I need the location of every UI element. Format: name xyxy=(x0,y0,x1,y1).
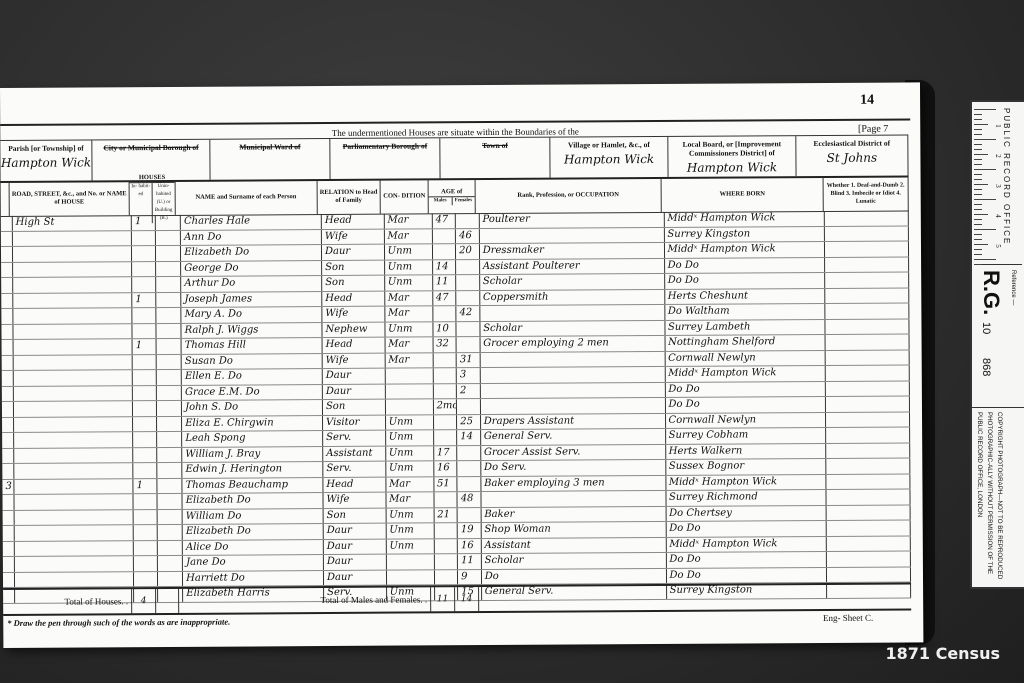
ruler-tick xyxy=(974,154,988,155)
inhabited-cell xyxy=(134,556,158,571)
occupation-cell: Coppersmith xyxy=(480,289,665,305)
totals-row: Total of Houses. . 4 Total of Males and … xyxy=(3,582,911,616)
name-cell: William J. Bray xyxy=(182,447,323,462)
road-cell xyxy=(14,494,133,509)
road-cell xyxy=(13,339,132,354)
relation-cell: Daur xyxy=(324,524,387,539)
road-cell xyxy=(15,572,134,587)
infirmity-cell xyxy=(826,365,910,380)
infirmity-cell xyxy=(825,226,909,241)
male-age-cell xyxy=(433,384,457,399)
schedule-cell xyxy=(1,324,13,339)
name-cell: Elizabeth Do xyxy=(183,524,324,539)
male-age-cell: 11 xyxy=(433,275,457,290)
census-sheet: 14 The undermentioned Houses are situate… xyxy=(0,82,923,648)
female-age-cell xyxy=(458,477,482,492)
uninhabited-cell xyxy=(156,261,182,276)
inhabited-cell: 1 xyxy=(134,479,158,494)
where-born-cell: Middˣ Hampton Wick xyxy=(666,474,826,489)
area-label: City or Municipal Borough of xyxy=(93,140,210,153)
area-2: Municipal Ward of xyxy=(210,139,330,180)
area-4: Town of xyxy=(440,138,550,179)
schedule-cell xyxy=(2,371,14,386)
name-cell: Charles Hale xyxy=(181,214,322,229)
female-age-cell: 46 xyxy=(456,229,480,244)
schedule-cell xyxy=(1,247,13,262)
infirmity-cell xyxy=(827,567,911,582)
name-cell: Thomas Hill xyxy=(182,338,323,353)
occupation-cell: General Serv. xyxy=(481,429,666,445)
uninhabited-cell xyxy=(157,525,183,540)
uninhabited-cell xyxy=(156,230,182,245)
uninhabited-cell xyxy=(155,215,181,230)
condition-cell: Unm xyxy=(386,430,434,445)
male-age-cell xyxy=(433,368,457,383)
infirmity-cell xyxy=(826,458,910,473)
relation-cell: Wife xyxy=(323,353,386,368)
ruler-tick xyxy=(974,144,982,145)
condition-cell: Unm xyxy=(385,322,433,337)
where-born-cell: Do Waltham xyxy=(665,304,825,319)
relation-cell: Nephew xyxy=(322,322,385,337)
relation-cell: Head xyxy=(322,291,385,306)
inhabited-cell xyxy=(133,355,157,370)
relation-cell: Son xyxy=(323,400,386,415)
schedule-cell xyxy=(1,216,13,231)
female-age-cell xyxy=(456,291,480,306)
relation-cell: Wife xyxy=(322,307,385,322)
ruler-mark: 5 xyxy=(994,244,1002,248)
infirmity-cell xyxy=(826,489,910,504)
card-divider xyxy=(972,407,1024,408)
ruler-tick xyxy=(974,189,982,190)
area-value xyxy=(211,154,330,155)
area-value xyxy=(441,153,550,154)
reference-label: Reference — xyxy=(1010,270,1016,305)
ruler-tick xyxy=(974,119,982,120)
name-cell: Arthur Do xyxy=(181,276,322,291)
area-value: Hampton Wick xyxy=(551,152,668,167)
road-cell xyxy=(14,386,133,401)
uninhabited-cell xyxy=(157,463,183,478)
ruler-tick xyxy=(974,239,982,240)
uninhabited-cell xyxy=(158,571,184,586)
name-cell: Mary A. Do xyxy=(182,307,323,322)
female-age-cell: 2 xyxy=(457,384,481,399)
where-born-cell: Nottingham Shelford xyxy=(665,335,825,350)
header-condition: CON- DITION xyxy=(381,179,430,213)
occupation-cell: Poulterer xyxy=(479,212,664,228)
ruler-tick xyxy=(974,259,996,260)
header-name: NAME and Surname of each Person xyxy=(175,180,317,215)
schedule-cell xyxy=(1,309,13,324)
inhabited-cell xyxy=(133,324,157,339)
area-label: Municipal Ward of xyxy=(210,139,329,152)
condition-cell xyxy=(387,570,435,585)
road-cell xyxy=(13,246,132,261)
boundary-areas: Parish [or Township] ofHampton WickCity … xyxy=(0,134,908,183)
area-value: Hampton Wick xyxy=(669,160,796,175)
road-cell xyxy=(13,277,132,292)
female-age-cell xyxy=(456,275,480,290)
ruler-tick xyxy=(974,214,988,215)
where-born-cell: Do Do xyxy=(665,397,825,412)
occupation-cell: Dressmaker xyxy=(480,243,665,259)
infirmity-cell xyxy=(825,334,909,349)
female-age-cell xyxy=(457,322,481,337)
male-age-cell xyxy=(434,523,458,538)
female-age-cell: 31 xyxy=(457,353,481,368)
ruler-tick xyxy=(974,164,982,165)
male-age-cell: 21 xyxy=(434,508,458,523)
schedule-cell xyxy=(3,510,15,525)
infirmity-cell xyxy=(825,210,909,225)
inhabited-cell xyxy=(134,525,158,540)
condition-cell xyxy=(386,399,434,414)
male-age-cell xyxy=(434,430,458,445)
schedule-cell xyxy=(2,340,14,355)
area-label: Local Board, or [Improvement Commissione… xyxy=(668,136,795,158)
relation-cell: Head xyxy=(323,338,386,353)
area-3: Parliamentary Borough of xyxy=(330,138,440,179)
ruler-tick xyxy=(974,244,988,245)
relation-cell: Assistant xyxy=(323,446,386,461)
ruler-tick xyxy=(974,179,982,180)
occupation-cell xyxy=(481,382,666,398)
uninhabited-cell xyxy=(156,246,182,261)
occupation-cell: Scholar xyxy=(482,553,667,569)
relation-cell: Son xyxy=(322,276,385,291)
ruler-tick xyxy=(974,219,982,220)
ruler-mark: 1 xyxy=(994,124,1002,128)
record-office-card: 12345 PUBLIC RECORD OFFICE Reference — R… xyxy=(970,100,1024,589)
area-0: Parish [or Township] ofHampton Wick xyxy=(0,140,92,181)
female-age-cell: 20 xyxy=(456,244,480,259)
infirmity-cell xyxy=(827,551,911,566)
relation-cell: Son xyxy=(322,260,385,275)
schedule-cell xyxy=(1,231,13,246)
uninhabited-cell xyxy=(156,354,182,369)
handwritten-page-number: 14 xyxy=(860,93,874,109)
female-age-cell xyxy=(456,260,480,275)
inhabited-cell xyxy=(133,448,157,463)
form-id: Eng- Sheet C. xyxy=(823,613,873,623)
area-value xyxy=(330,153,439,154)
ruler-tick xyxy=(974,264,982,265)
schedule-cell xyxy=(2,495,14,510)
where-born-cell: Cornwall Newlyn xyxy=(666,412,826,427)
ruler-tick xyxy=(974,109,996,110)
name-cell: Leah Spong xyxy=(182,431,323,446)
road-cell xyxy=(14,448,133,463)
uninhabited-cell xyxy=(157,401,183,416)
occupation-cell: Assistant xyxy=(481,537,666,553)
male-age-cell: 17 xyxy=(434,446,458,461)
ruler-mark: 3 xyxy=(994,184,1002,188)
female-age-cell: 9 xyxy=(458,570,482,585)
condition-cell: Mar xyxy=(384,229,432,244)
infirmity-cell xyxy=(826,412,910,427)
piece-number: 10 xyxy=(980,322,992,334)
name-cell: Edwin J. Herington xyxy=(182,462,323,477)
male-age-cell: 10 xyxy=(433,322,457,337)
occupation-cell: Grocer Assist Serv. xyxy=(481,444,666,460)
condition-cell: Unm xyxy=(386,523,434,538)
header-age: AGE of Males Females xyxy=(429,179,476,213)
inhabited-cell xyxy=(133,370,157,385)
schedule-cell xyxy=(2,448,14,463)
road-cell xyxy=(15,541,134,556)
where-born-cell: Herts Cheshunt xyxy=(665,288,825,303)
area-label: Village or Hamlet, &c., of xyxy=(550,137,667,150)
schedule-cell xyxy=(3,526,15,541)
condition-cell: Mar xyxy=(385,291,433,306)
infirmity-cell xyxy=(825,303,909,318)
female-age-cell xyxy=(457,461,481,476)
relation-cell: Head xyxy=(323,477,386,492)
where-born-cell: Middˣ Hampton Wick xyxy=(666,536,826,551)
male-age-cell xyxy=(432,229,456,244)
ruler-tick xyxy=(974,204,982,205)
uninhabited-cell xyxy=(156,339,182,354)
schedule-cell xyxy=(3,557,15,572)
ruler-tick xyxy=(974,199,996,200)
where-born-cell: Sussex Bognor xyxy=(666,459,826,474)
occupation-cell: Baker employing 3 men xyxy=(481,475,666,491)
road-cell xyxy=(14,510,133,525)
infirmity-cell xyxy=(826,396,910,411)
name-cell: Elizabeth Do xyxy=(181,245,322,260)
male-age-cell: 14 xyxy=(433,260,457,275)
condition-cell: Unm xyxy=(386,446,434,461)
ruler-tick xyxy=(974,124,988,125)
male-age-cell xyxy=(434,554,458,569)
female-age-cell: 16 xyxy=(458,539,482,554)
male-age-cell xyxy=(434,492,458,507)
where-born-cell: Do Do xyxy=(665,381,825,396)
road-cell xyxy=(14,370,133,385)
schedule-cell xyxy=(2,355,14,370)
total-uninhabited xyxy=(156,589,179,613)
inhabited-cell xyxy=(133,432,157,447)
ruler-mark: 4 xyxy=(994,214,1002,218)
uninhabited-cell xyxy=(157,447,183,462)
name-cell: Grace E.M. Do xyxy=(182,385,323,400)
infirmity-cell xyxy=(825,288,909,303)
inhabited-cell xyxy=(132,231,156,246)
uninhabited-cell xyxy=(158,556,184,571)
occupation-cell: Do xyxy=(482,568,667,584)
female-age-cell: 14 xyxy=(457,430,481,445)
female-age-cell xyxy=(458,508,482,523)
inhabited-cell: 1 xyxy=(132,215,156,230)
infirmity-cell xyxy=(826,505,910,520)
occupation-cell: Do Serv. xyxy=(481,460,666,476)
infirmity-cell xyxy=(825,272,909,287)
female-age-cell xyxy=(456,213,480,228)
occupation-cell: Baker xyxy=(481,506,666,522)
ruler-tick xyxy=(974,194,982,195)
schedule-cell xyxy=(1,262,13,277)
area-value: St Johns xyxy=(796,150,907,165)
condition-cell: Mar xyxy=(385,306,433,321)
female-age-cell: 11 xyxy=(458,554,482,569)
male-age-cell: 47 xyxy=(432,213,456,228)
relation-cell: Visitor xyxy=(323,415,386,430)
name-cell: Elizabeth Do xyxy=(183,493,324,508)
road-cell xyxy=(14,479,133,494)
name-cell: William Do xyxy=(183,509,324,524)
where-born-cell: Surrey Lambeth xyxy=(665,319,825,334)
inhabited-cell xyxy=(133,401,157,416)
male-age-cell xyxy=(433,353,457,368)
ruler-tick xyxy=(974,234,982,235)
infirmity-cell xyxy=(827,520,911,535)
condition-cell: Mar xyxy=(385,337,433,352)
header-infirmity: Whether 1. Deaf-and-Dumb 2. Blind 3. Imb… xyxy=(824,176,909,211)
ruler-tick xyxy=(974,249,982,250)
header-relation: RELATION to Head of Family xyxy=(317,180,380,214)
name-cell: Eliza E. Chirgwin xyxy=(182,416,323,431)
inhabited-cell xyxy=(133,417,157,432)
condition-cell xyxy=(386,554,434,569)
road-cell xyxy=(13,308,132,323)
where-born-cell: Surrey Kingston xyxy=(664,226,824,241)
name-cell: Harriett Do xyxy=(183,571,324,586)
header-age-label: AGE of xyxy=(441,188,462,196)
road-cell xyxy=(13,231,132,246)
schedule-cell xyxy=(2,402,14,417)
where-born-cell: Middˣ Hampton Wick xyxy=(664,211,824,226)
schedule-cell xyxy=(2,433,14,448)
uninhabited-cell xyxy=(157,540,183,555)
occupation-cell xyxy=(480,305,665,321)
name-cell: Thomas Beauchamp xyxy=(183,478,324,493)
road-cell xyxy=(15,556,134,571)
ruler-tick xyxy=(974,209,982,210)
male-age-cell xyxy=(433,306,457,321)
where-born-cell: Middˣ Hampton Wick xyxy=(664,242,824,257)
name-cell: Susan Do xyxy=(182,354,323,369)
area-label: Town of xyxy=(440,138,549,151)
where-born-cell: Surrey Cobham xyxy=(666,428,826,443)
occupation-cell xyxy=(481,398,666,414)
area-7: Ecclesiastical District ofSt Johns xyxy=(796,135,908,176)
female-age-cell xyxy=(457,399,481,414)
occupation-cell xyxy=(480,367,665,383)
road-cell xyxy=(14,417,133,432)
relation-cell: Serv. xyxy=(323,431,386,446)
road-cell xyxy=(14,401,133,416)
schedule-cell xyxy=(1,293,13,308)
male-age-cell xyxy=(434,415,458,430)
female-age-cell: 42 xyxy=(456,306,480,321)
male-age-cell: 16 xyxy=(434,461,458,476)
uninhabited-cell xyxy=(157,416,183,431)
where-born-cell: Do Do xyxy=(666,567,826,582)
ruler-tick xyxy=(974,139,996,140)
ruler-tick xyxy=(974,174,982,175)
road-cell xyxy=(14,432,133,447)
uninhabited-cell xyxy=(156,292,182,307)
uninhabited-cell xyxy=(156,277,182,292)
name-cell: Jane Do xyxy=(183,555,324,570)
where-born-cell: Herts Walkern xyxy=(666,443,826,458)
relation-cell: Daur xyxy=(324,570,387,585)
area-label: Ecclesiastical District of xyxy=(796,135,907,148)
relation-cell: Head xyxy=(322,214,385,229)
where-born-cell: Do Chertsey xyxy=(666,505,826,520)
header-males: Males xyxy=(429,197,452,205)
where-born-cell: Do Do xyxy=(665,273,825,288)
name-cell: Alice Do xyxy=(183,540,324,555)
female-age-cell: 3 xyxy=(457,368,481,383)
image-caption: 1871 Census xyxy=(885,644,1000,663)
occupation-cell: Scholar xyxy=(480,274,665,290)
total-houses-label: Total of Houses. . xyxy=(3,589,132,614)
female-age-cell: 25 xyxy=(457,415,481,430)
header-schedule xyxy=(1,182,10,216)
uninhabited-cell xyxy=(156,370,182,385)
ruler-tick xyxy=(974,224,982,225)
uninhabited-cell xyxy=(156,323,182,338)
road-cell xyxy=(13,355,132,370)
schedule-cell: 3 xyxy=(2,479,14,494)
name-cell: John S. Do xyxy=(182,400,323,415)
occupation-cell: Shop Woman xyxy=(481,522,666,538)
uninhabited-cell xyxy=(157,478,183,493)
condition-cell: Unm xyxy=(386,461,434,476)
infirmity-cell xyxy=(825,241,909,256)
female-age-cell xyxy=(457,337,481,352)
schedule-cell xyxy=(2,386,14,401)
infirmity-cell xyxy=(826,427,910,442)
inhabited-cell xyxy=(132,308,156,323)
female-age-cell xyxy=(457,446,481,461)
male-age-cell xyxy=(434,539,458,554)
male-age-cell: 2mo xyxy=(434,399,458,414)
male-age-cell xyxy=(435,570,459,585)
relation-cell: Daur xyxy=(323,369,386,384)
ruler-mark: 2 xyxy=(994,154,1002,158)
ruler-tick xyxy=(974,114,982,115)
occupation-cell xyxy=(481,491,666,507)
inhabited-cell xyxy=(133,463,157,478)
reference-code: R.G. xyxy=(978,270,1004,315)
schedule-cell xyxy=(3,572,15,587)
road-cell xyxy=(13,262,132,277)
inhabited-cell: 1 xyxy=(132,293,156,308)
uninhabited-cell xyxy=(156,385,182,400)
condition-cell: Unm xyxy=(386,539,434,554)
ruler-tick xyxy=(974,159,982,160)
infirmity-cell xyxy=(825,350,909,365)
schedule-cell xyxy=(1,278,13,293)
total-females-value: 14 xyxy=(455,587,479,611)
relation-cell: Daur xyxy=(324,539,387,554)
area-5: Village or Hamlet, &c., ofHampton Wick xyxy=(550,137,668,178)
census-rows: High St1Charles HaleHeadMar47PoultererMi… xyxy=(1,210,911,603)
infirmity-cell xyxy=(827,536,911,551)
relation-cell: Daur xyxy=(323,384,386,399)
inhabited-cell xyxy=(132,277,156,292)
area-label: Parliamentary Borough of xyxy=(330,138,439,151)
ruler-tick xyxy=(974,149,982,150)
ruler-scale: 12345 xyxy=(974,104,1022,265)
inhabited-cell: 1 xyxy=(133,339,157,354)
copyright-notice: COPYRIGHT PHOTOGRAPH—NOT TO BE REPRODUCE… xyxy=(974,412,1004,582)
ruler-tick xyxy=(974,129,982,130)
